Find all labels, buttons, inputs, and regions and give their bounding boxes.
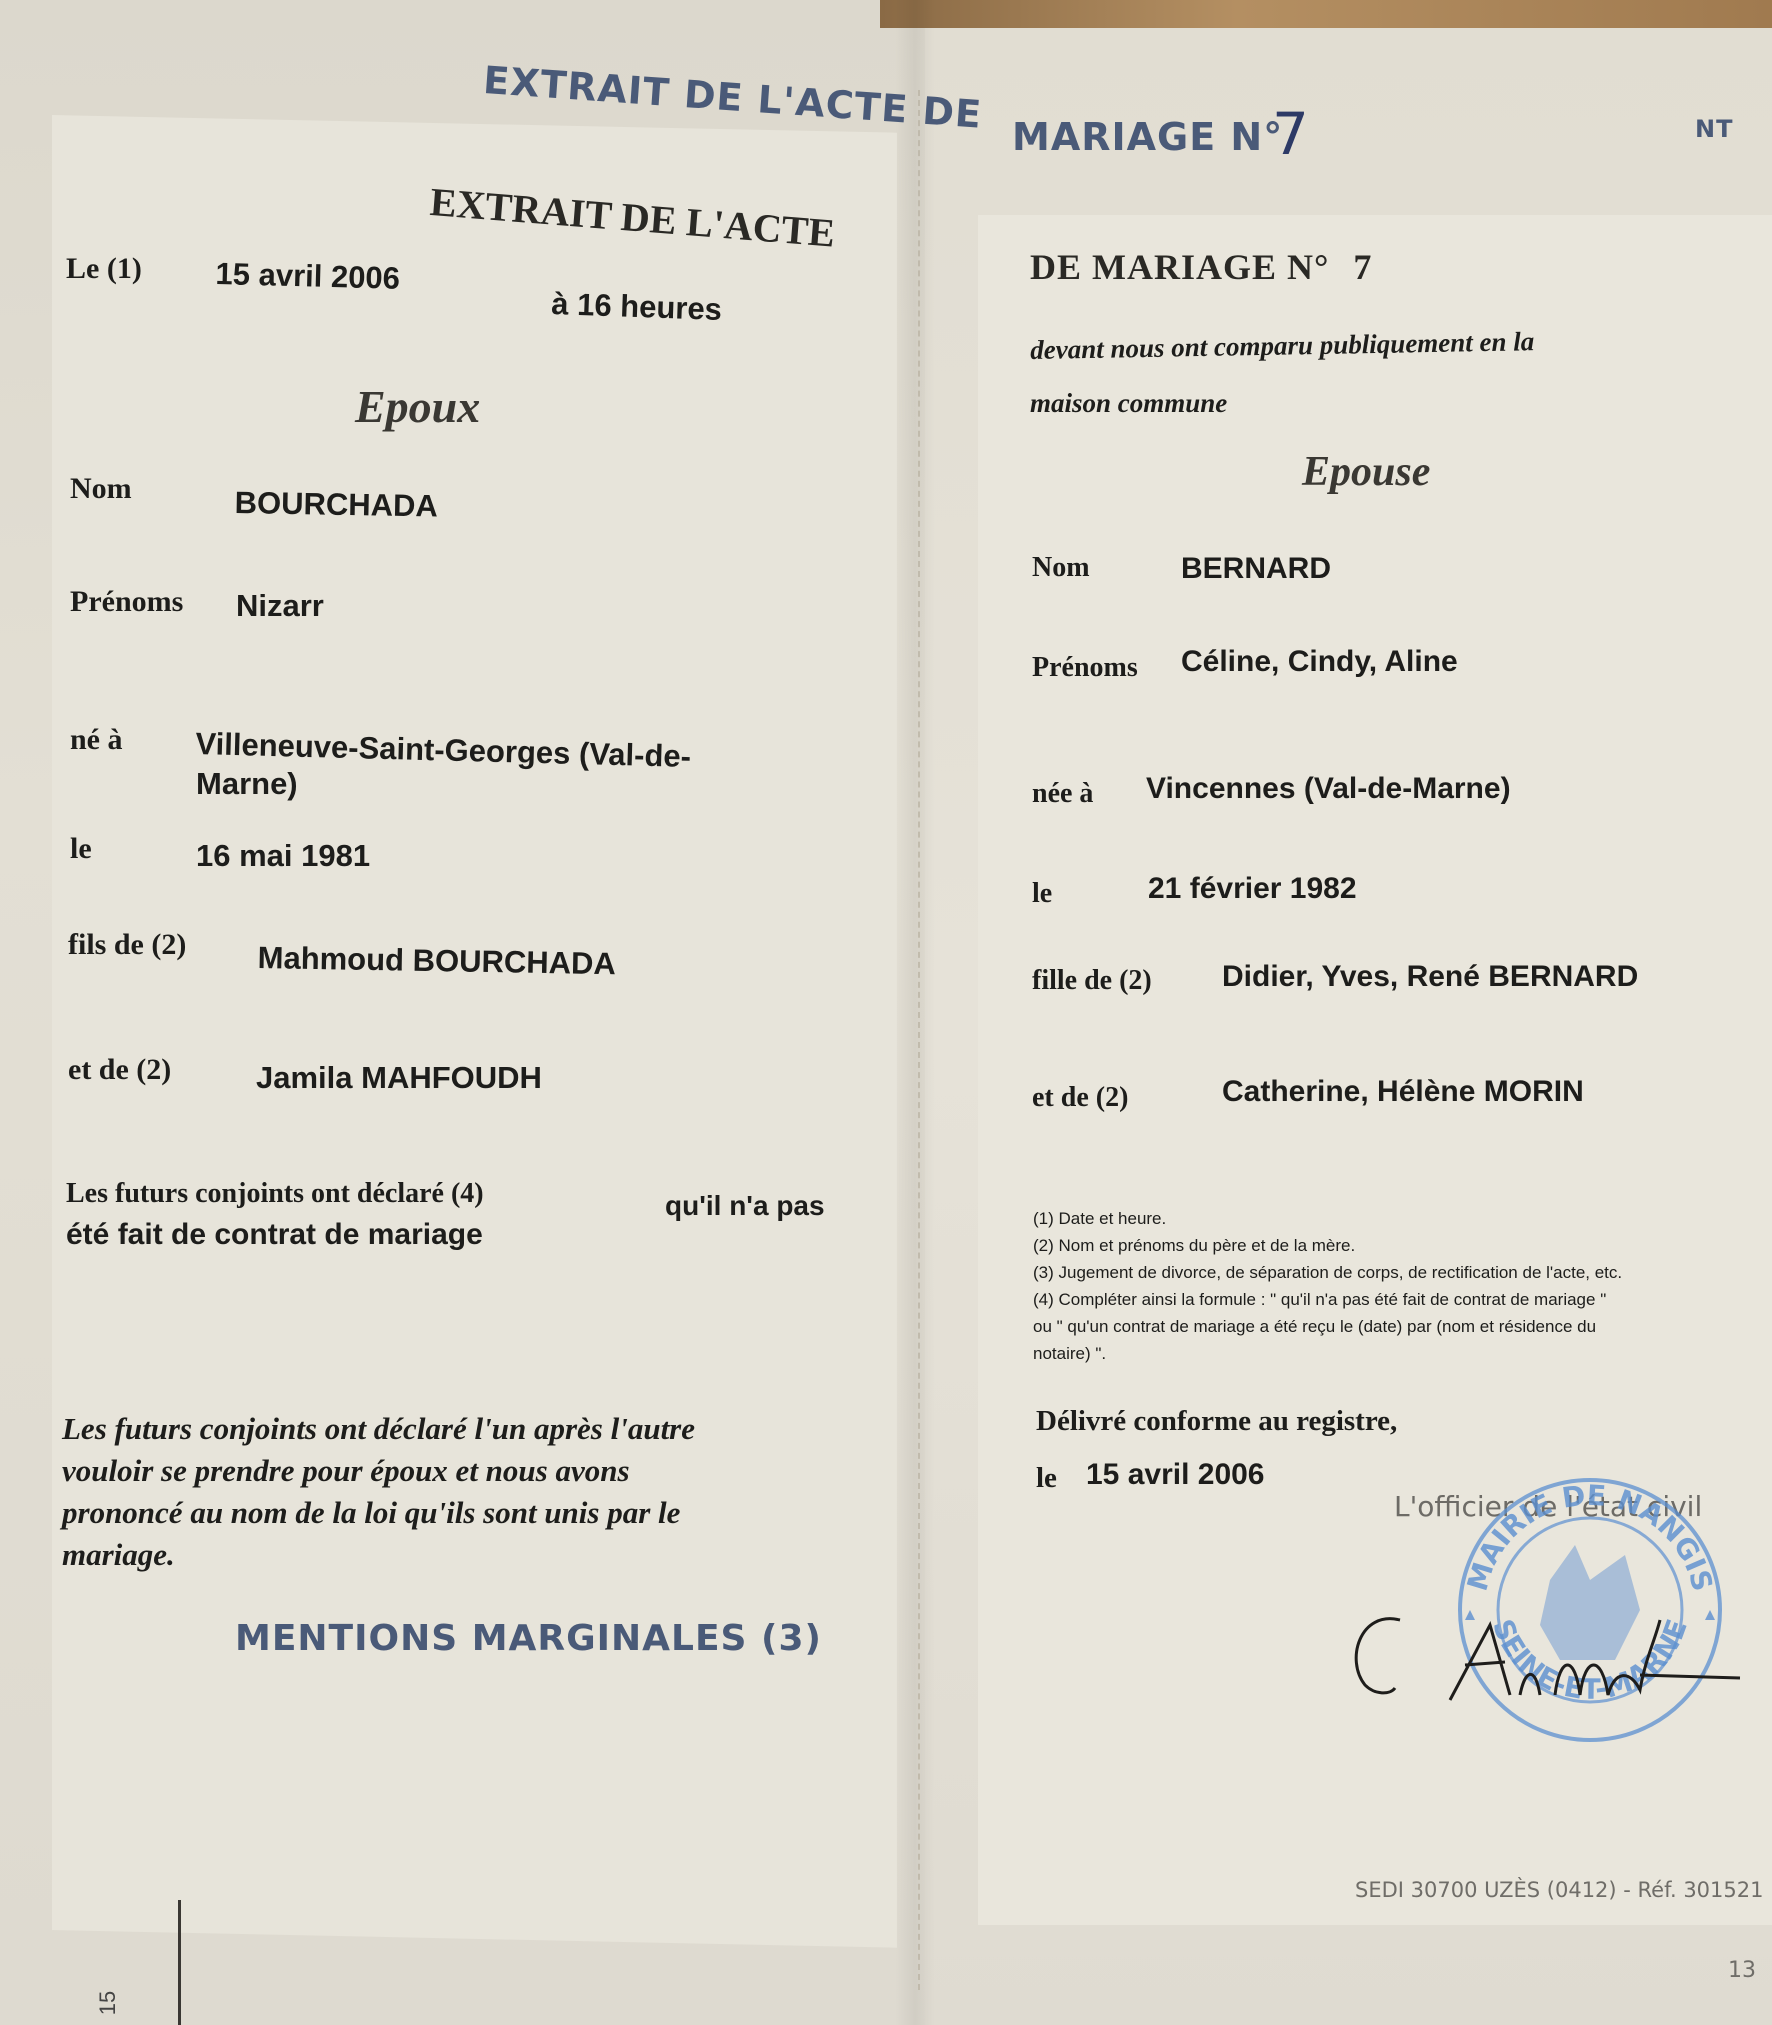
footnote: (2) Nom et prénoms du père et de la mère…	[1033, 1232, 1622, 1259]
header-corner-fragment: NT	[1695, 115, 1733, 143]
footnotes: (1) Date et heure. (2) Nom et prénoms du…	[1033, 1205, 1622, 1367]
section-epoux: Epoux	[355, 380, 480, 433]
contrat-value-1: qu'il n'a pas	[665, 1190, 825, 1222]
epoux-nom: BOURCHADA	[234, 485, 438, 525]
epouse-birthplace: Vincennes (Val-de-Marne)	[1146, 772, 1511, 806]
table-surface	[880, 0, 1772, 28]
right-title-text: DE MARIAGE N°	[1030, 247, 1329, 287]
perforation-line	[918, 90, 930, 1990]
fille-de-label: fille de (2)	[1032, 965, 1152, 997]
footnote: notaire) ".	[1033, 1340, 1622, 1367]
declaration-line: vouloir se prendre pour époux et nous av…	[62, 1450, 695, 1492]
et-de-label-right: et de (2)	[1032, 1082, 1128, 1114]
prenoms-label-right: Prénoms	[1032, 652, 1138, 684]
margin-rule	[178, 1900, 181, 2025]
date-label: Le (1)	[66, 252, 142, 286]
declaration-line: mariage.	[62, 1534, 695, 1576]
left-corner-mark: 15	[95, 1991, 121, 2015]
declaration-paragraph: Les futurs conjoints ont déclaré l'un ap…	[62, 1408, 695, 1576]
booklet-header-right: MARIAGE N°	[1012, 115, 1283, 159]
page-number: 13	[1728, 1958, 1756, 1983]
epoux-father: Mahmoud BOURCHADA	[257, 940, 616, 982]
footnote: ou " qu'un contrat de mariage a été reçu…	[1033, 1313, 1622, 1340]
prenoms-label: Prénoms	[70, 585, 183, 619]
contrat-value-2: été fait de contrat de mariage	[66, 1218, 483, 1252]
section-epouse: Epouse	[1302, 448, 1430, 496]
declaration-line: prononcé au nom de la loi qu'ils sont un…	[62, 1492, 695, 1534]
epouse-nom: BERNARD	[1181, 552, 1331, 586]
epouse-mother: Catherine, Hélène MORIN	[1222, 1075, 1584, 1109]
epoux-birthplace-line2: Marne)	[196, 766, 298, 802]
right-title: DE MARIAGE N° 7	[1030, 246, 1372, 288]
intro-line-2: maison commune	[1030, 388, 1227, 419]
delivre-le-label: le	[1036, 1462, 1057, 1495]
le-label-right: le	[1032, 878, 1052, 910]
nee-a-label: née à	[1032, 778, 1093, 810]
delivre-date: 15 avril 2006	[1086, 1458, 1265, 1492]
le-label: le	[70, 832, 92, 866]
nom-label: Nom	[70, 472, 132, 506]
epoux-birthdate: 16 mai 1981	[196, 838, 370, 874]
officer-signature	[1340, 1600, 1760, 1720]
contrat-label: Les futurs conjoints ont déclaré (4)	[66, 1178, 484, 1210]
right-title-number: 7	[1353, 247, 1372, 287]
footnote: (1) Date et heure.	[1033, 1205, 1622, 1232]
et-de-label-left: et de (2)	[68, 1053, 171, 1087]
fils-de-label: fils de (2)	[68, 928, 186, 962]
marriage-date: 15 avril 2006	[215, 256, 400, 297]
delivre-conforme: Délivré conforme au registre,	[1036, 1405, 1397, 1438]
marriage-time: à 16 heures	[551, 286, 723, 328]
nom-label-right: Nom	[1032, 552, 1090, 584]
mentions-marginales-title: MENTIONS MARGINALES (3)	[235, 1618, 822, 1659]
epoux-mother: Jamila MAHFOUDH	[256, 1060, 542, 1096]
epouse-birthdate: 21 février 1982	[1148, 872, 1357, 906]
epouse-father: Didier, Yves, René BERNARD	[1222, 960, 1638, 994]
declaration-line: Les futurs conjoints ont déclaré l'un ap…	[62, 1408, 695, 1450]
handwritten-act-number: 7	[1272, 100, 1309, 168]
footnote: (3) Jugement de divorce, de séparation d…	[1033, 1259, 1622, 1286]
footnote: (4) Compléter ainsi la formule : " qu'il…	[1033, 1286, 1622, 1313]
ne-a-label: né à	[70, 723, 123, 757]
svg-text:MAIRIE DE NANGIS: MAIRIE DE NANGIS	[1461, 1479, 1720, 1595]
epoux-prenoms: Nizarr	[236, 588, 324, 624]
printer-reference: SEDI 30700 UZÈS (0412) - Réf. 301521	[1355, 1878, 1764, 1902]
epouse-prenoms: Céline, Cindy, Aline	[1181, 645, 1458, 679]
